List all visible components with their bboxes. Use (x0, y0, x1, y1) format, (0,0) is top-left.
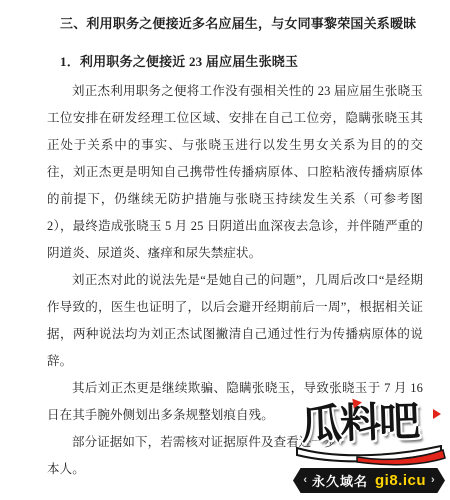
watermark-logo: 瓜料吧 ‹ 永久域名 gi8.icu › (291, 401, 447, 493)
paragraph-2: 刘正杰对此的说法先是“是她自己的问题”，几周后改口“是经期作导致的，医生也证明了… (47, 267, 423, 375)
red-flag-icon (352, 397, 362, 408)
chevron-right-icon: › (431, 475, 435, 486)
watermark-banner-label: 永久域名 (312, 471, 368, 490)
paragraph-1: 刘正杰利用职务之便将工作没有强相关性的 23 届应届生张晓玉工位安排在研发经理工… (47, 78, 423, 267)
red-play-icon (433, 409, 441, 419)
watermark-domain-banner: ‹ 永久域名 gi8.icu › (293, 468, 445, 493)
section-heading: 三、利用职务之便接近多名应届生，与女同事黎荣国关系暧昧 (47, 15, 423, 33)
watermark-domain-text: gi8.icu (375, 472, 426, 489)
subsection-heading: 1．利用职务之便接近 23 届应届生张晓玉 (47, 53, 423, 71)
chevron-left-icon: ‹ (303, 475, 307, 486)
swoosh-underline-icon (291, 445, 447, 469)
